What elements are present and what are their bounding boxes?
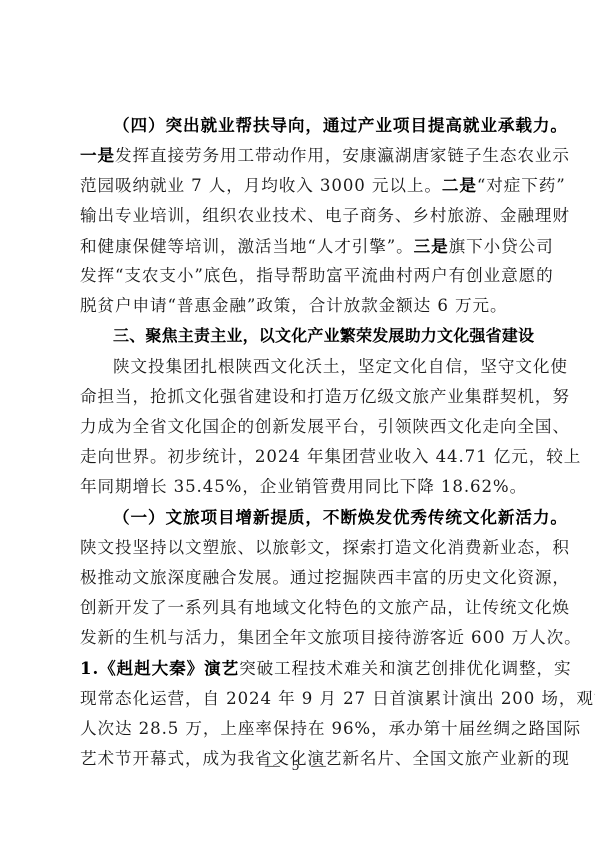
text-line: 创新开发了一系列具有地域文化特色的文旅产品，让传统文化焕 [80,593,522,623]
text-line: （一）文旅项目增新提质，不断焕发优秀传统文化新活力。 [80,502,522,532]
text-line: 发新的生机与活力，集团全年文旅项目接待游客近 600 万人次。 [80,623,522,653]
body-text: 年同期增长 35.45%，企业销管费用同比下降 18.62%。 [80,477,527,496]
body-text: 极推动文旅深度融合发展。通过挖掘陕西丰富的历史文化资源， [80,568,570,587]
bold-text: 一是 [80,145,115,165]
bold-text: 1.《赳赳大秦》演艺 [80,658,239,678]
text-line: 发挥“支农支小”底色，指导帮助富平流曲村两户有创业意愿的 [80,261,522,291]
body-text: 发挥直接劳务用工带动作用，安康瀛湖唐家链子生态农业示 [115,146,570,165]
text-line: 命担当，抢抓文化强省建设和打造万亿级文旅产业集群契机，努 [80,382,522,412]
text-line: 极推动文旅深度融合发展。通过挖掘陕西丰富的历史文化资源， [80,563,522,593]
bold-text: （一）文旅项目增新提质，不断焕发优秀传统文化新活力。 [113,507,568,527]
text-line: 人次达 28.5 万，上座率保持在 96%，承办第十届丝绸之路国际 [80,714,522,744]
text-line: 现常态化运营，自 2024 年 9 月 27 日首演累计演出 200 场，观演 [80,684,522,714]
body-text: 脱贫户申请“普惠金融”政策，合计放款金额达 6 万元。 [80,296,507,315]
body-text: 发新的生机与活力，集团全年文旅项目接待游客近 600 万人次。 [80,628,582,647]
text-line: 输出专业培训，组织农业技术、电子商务、乡村旅游、金融理财 [80,201,522,231]
bold-text: （四）突出就业帮扶导向，通过产业项目提高就业承载力。 [113,115,568,135]
bold-text: 二是 [442,175,477,195]
body-text: 输出专业培训，组织农业技术、电子商务、乡村旅游、金融理财 [80,206,570,225]
text-line: 力成为全省文化国企的创新发展平台，引领陕西文化走向全国、 [80,412,522,442]
body-text: 和健康保健等培训，激活当地“人才引擎”。 [80,237,414,256]
page-number: — 5 — [0,758,595,775]
body-text: 走向世界。初步统计，2024 年集团营业收入 44.71 亿元，较上 [80,447,581,466]
body-text: “对症下药” [477,176,566,195]
text-line: 脱贫户申请“普惠金融”政策，合计放款金额达 6 万元。 [80,291,522,321]
text-line: 年同期增长 35.45%，企业销管费用同比下降 18.62%。 [80,472,522,502]
text-line: 范园吸纳就业 7 人，月均收入 3000 元以上。二是“对症下药” [80,170,522,200]
text-line: 三、聚焦主责主业，以文化产业繁荣发展助力文化强省建设 [80,321,522,351]
text-line: 一是发挥直接劳务用工带动作用，安康瀛湖唐家链子生态农业示 [80,140,522,170]
body-text: 人次达 28.5 万，上座率保持在 96%，承办第十届丝绸之路国际 [80,719,581,738]
body-text: 发挥“支农支小”底色，指导帮助富平流曲村两户有创业意愿的 [80,266,554,285]
text-line: 和健康保健等培训，激活当地“人才引擎”。三是旗下小贷公司 [80,231,522,261]
text-line: 走向世界。初步统计，2024 年集团营业收入 44.71 亿元，较上 [80,442,522,472]
text-line: （四）突出就业帮扶导向，通过产业项目提高就业承载力。 [80,110,522,140]
body-text: 命担当，抢抓文化强省建设和打造万亿级文旅产业集群契机，努 [80,387,570,406]
text-line: 陕文投集团扎根陕西文化沃土，坚定文化自信，坚守文化使 [80,352,522,382]
body-text: 陕文投坚持以文塑旅、以旅彰文，探索打造文化消费新业态，积 [80,538,570,557]
text-line: 陕文投坚持以文塑旅、以旅彰文，探索打造文化消费新业态，积 [80,533,522,563]
body-text: 突破工程技术难关和演艺创排优化调整，实 [239,659,571,678]
body-text: 旗下小贷公司 [449,237,554,256]
bold-text: 三是 [414,236,449,256]
body-text: 现常态化运营，自 2024 年 9 月 27 日首演累计演出 200 场，观演 [80,689,595,708]
body-text: 创新开发了一系列具有地域文化特色的文旅产品，让传统文化焕 [80,598,570,617]
body-text: 范园吸纳就业 7 人，月均收入 3000 元以上。 [80,176,442,195]
document-body: （四）突出就业帮扶导向，通过产业项目提高就业承载力。一是发挥直接劳务用工带动作用… [80,110,522,774]
text-line: 1.《赳赳大秦》演艺突破工程技术难关和演艺创排优化调整，实 [80,653,522,683]
body-text: 陕文投集团扎根陕西文化沃土，坚定文化自信，坚守文化使 [113,357,568,376]
body-text: 力成为全省文化国企的创新发展平台，引领陕西文化走向全国、 [80,417,570,436]
bold-text: 三、聚焦主责主业，以文化产业繁荣发展助力文化强省建设 [113,326,534,345]
